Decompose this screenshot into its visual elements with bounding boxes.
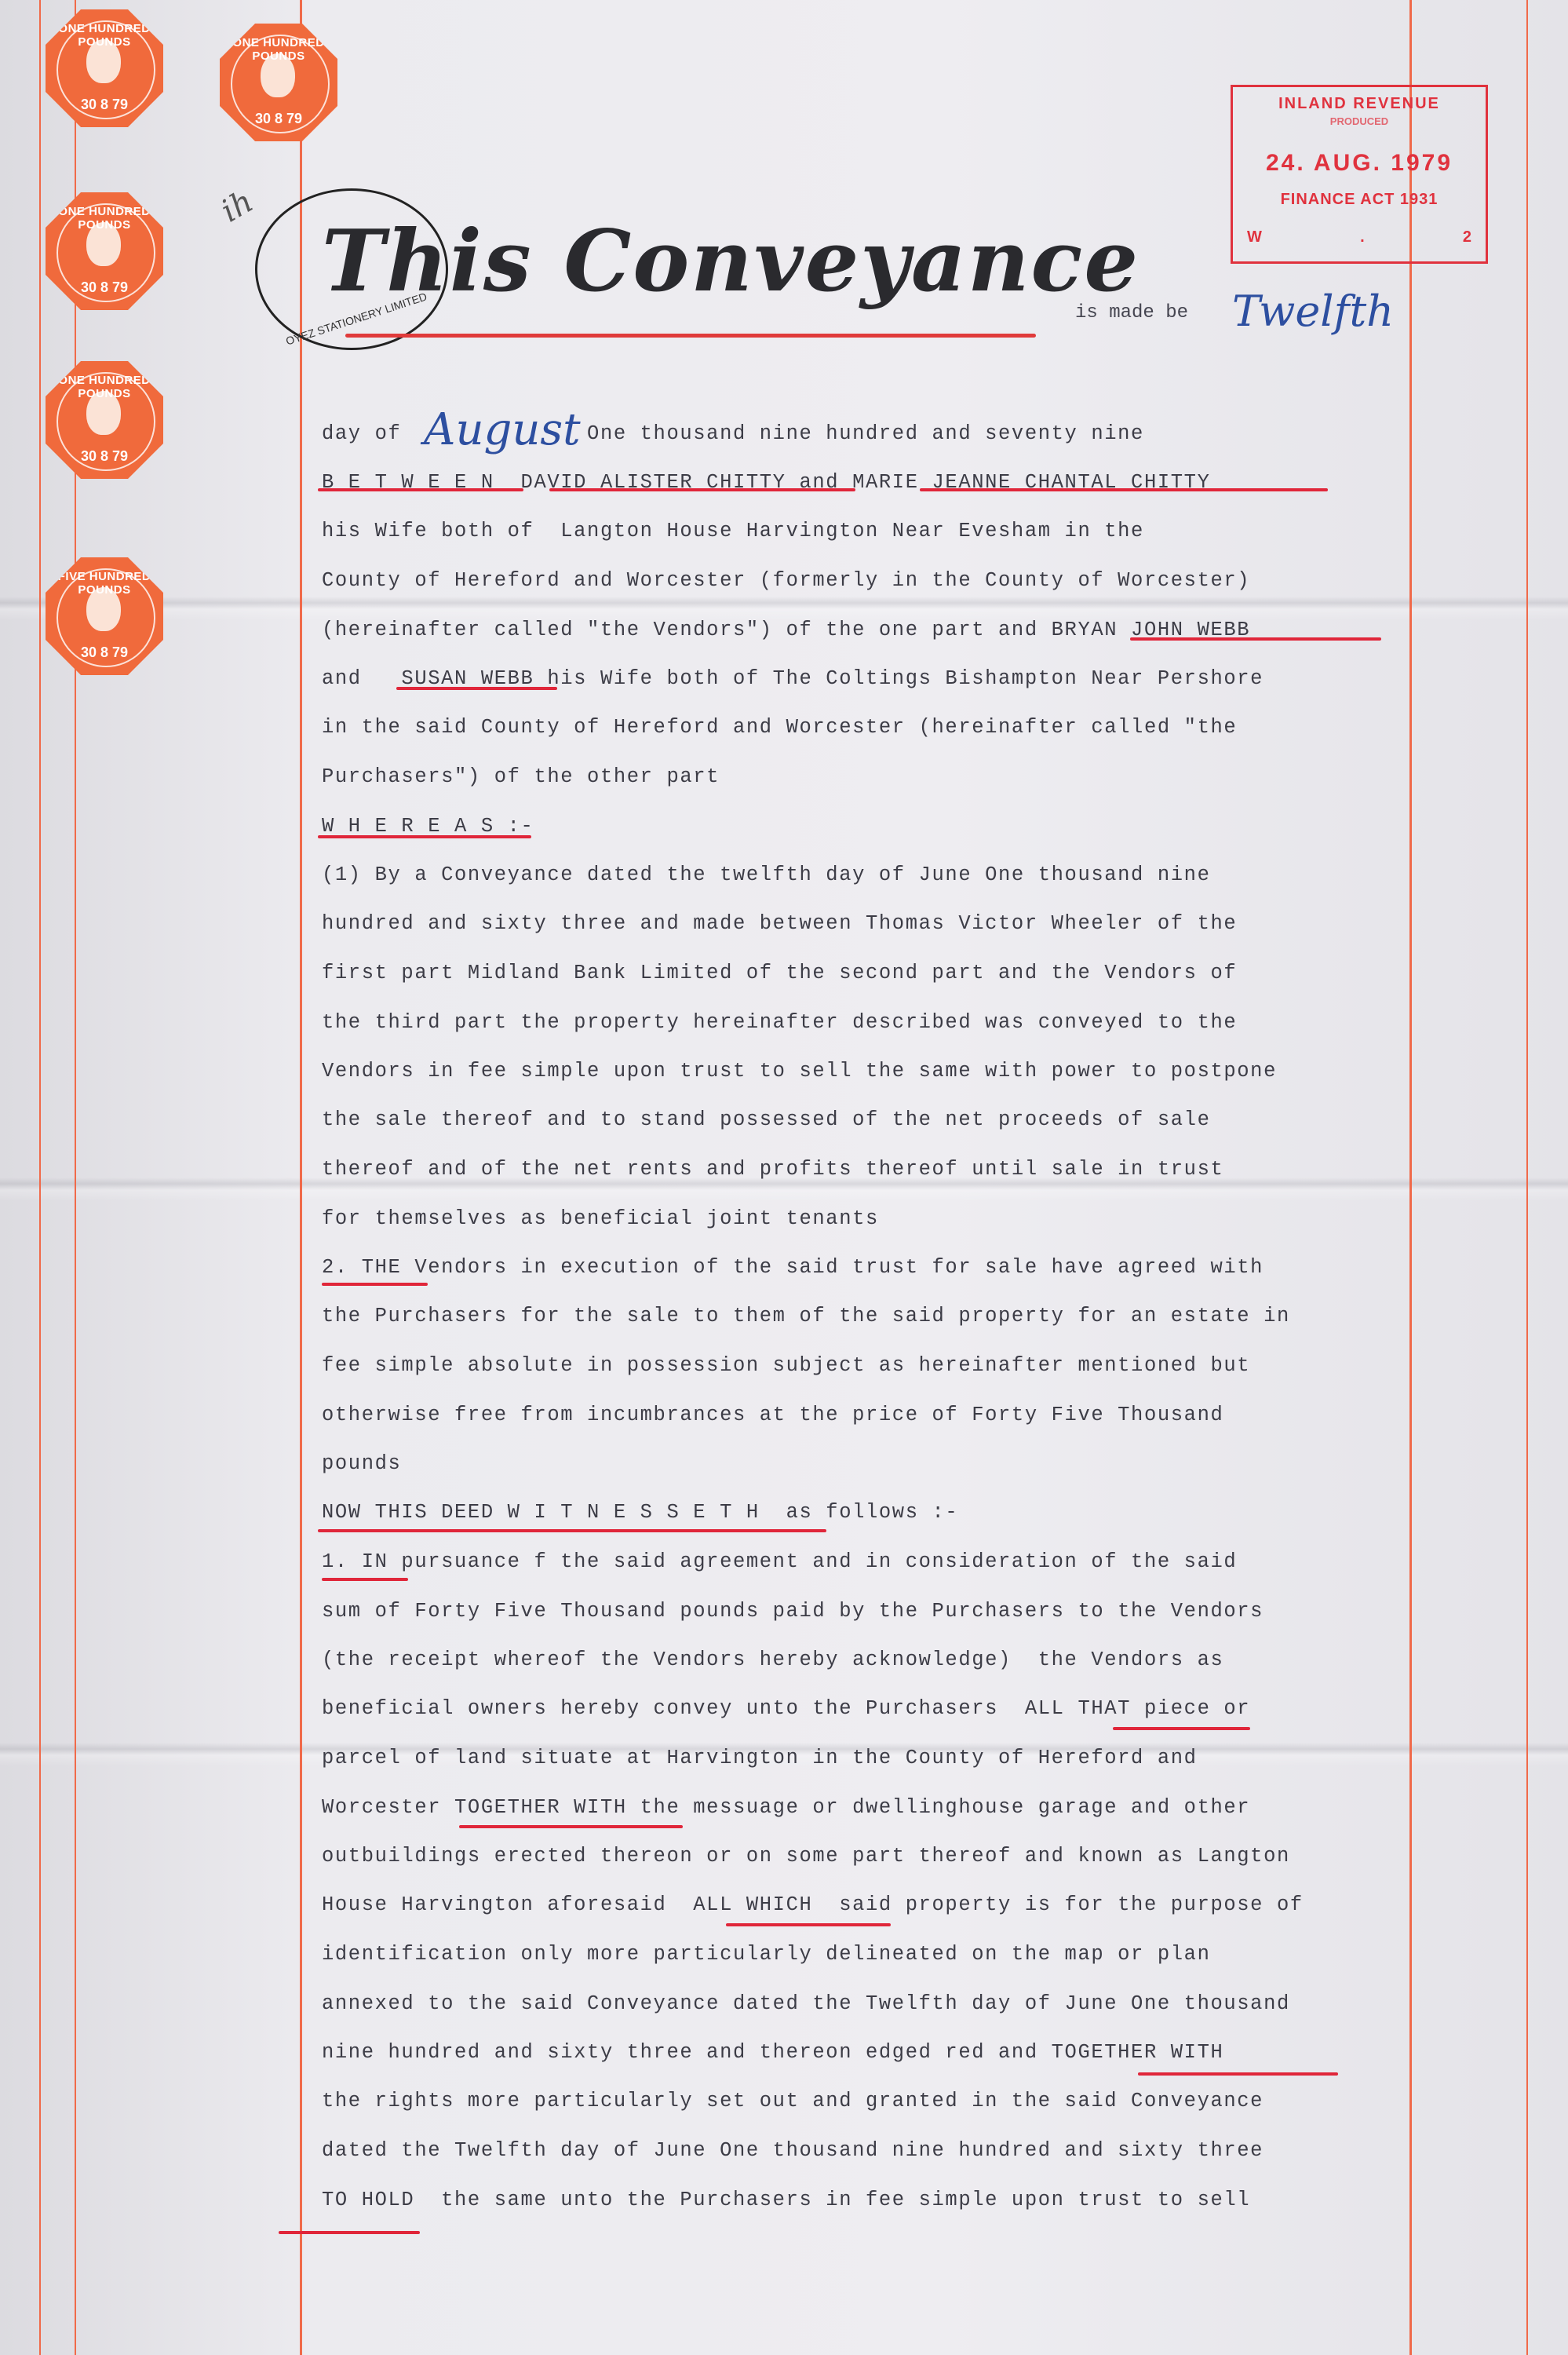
deed-line: hundred and sixty three and made between… <box>322 912 1237 935</box>
deed-line: for themselves as beneficial joint tenan… <box>322 1207 879 1230</box>
underline-purchaser1 <box>1130 637 1381 641</box>
underline-vendor1 <box>549 488 855 491</box>
deed-line: House Harvington aforesaid ALL WHICH sai… <box>322 1893 1304 1916</box>
revenue-ref-mid: . <box>1360 228 1365 246</box>
deed-line: nine hundred and sixty three and thereon… <box>322 2041 1223 2064</box>
revenue-act: FINANCE ACT 1931 <box>1233 191 1486 209</box>
duty-stamp: ONE HUNDRED POUNDS 30 8 79 <box>46 9 163 127</box>
underline-all-that <box>1113 1727 1250 1730</box>
deed-line: day of One thousand nine hundred and sev… <box>322 422 1144 445</box>
deed-line: (1) By a Conveyance dated the twelfth da… <box>322 863 1210 886</box>
made-be-text: is made be <box>1075 302 1188 323</box>
deed-line: identification only more particularly de… <box>322 1943 1210 1966</box>
margin-rule <box>300 0 302 2355</box>
deed-line: TO HOLD the same unto the Purchasers in … <box>322 2189 1250 2211</box>
deed-line: County of Hereford and Worcester (former… <box>322 569 1250 592</box>
deed-line: fee simple absolute in possession subjec… <box>322 1354 1250 1377</box>
deed-line: 2. THE Vendors in execution of the said … <box>322 1256 1264 1279</box>
deed-line: his Wife both of Langton House Harvingto… <box>322 520 1144 542</box>
deed-line: Vendors in fee simple upon trust to sell… <box>322 1060 1277 1083</box>
deed-line: outbuildings erected thereon or on some … <box>322 1845 1290 1868</box>
underline-in <box>322 1578 408 1581</box>
deed-line: parcel of land situate at Harvington in … <box>322 1747 1198 1769</box>
duty-stamp: ONE HUNDRED POUNDS 30 8 79 <box>46 361 163 479</box>
margin-rule <box>1409 0 1412 2355</box>
deed-line: NOW THIS DEED W I T N E S S E T H as fol… <box>322 1501 958 1524</box>
deed-line: otherwise free from incumbrances at the … <box>322 1404 1223 1426</box>
revenue-ref-left: W <box>1247 228 1262 246</box>
revenue-label: INLAND REVENUE <box>1233 95 1486 113</box>
deed-line: the sale thereof and to stand possessed … <box>322 1108 1210 1131</box>
underline-between <box>318 488 523 491</box>
revenue-produced: PRODUCED <box>1233 115 1486 127</box>
deed-line: the third part the property hereinafter … <box>322 1011 1237 1034</box>
underline-to-hold <box>279 2231 420 2234</box>
deed-line: in the said County of Hereford and Worce… <box>322 716 1237 739</box>
deed-line: beneficial owners hereby convey unto the… <box>322 1697 1250 1720</box>
handwritten-day: Twelfth <box>1232 287 1394 336</box>
deed-line: W H E R E A S :- <box>322 815 534 838</box>
deed-line: thereof and of the net rents and profits… <box>322 1158 1223 1181</box>
deed-line: annexed to the said Conveyance dated the… <box>322 1992 1290 2015</box>
deed-line: sum of Forty Five Thousand pounds paid b… <box>322 1600 1264 1623</box>
underline-together-with-2 <box>1138 2072 1338 2076</box>
title-underline <box>345 334 1036 338</box>
margin-rule <box>39 0 41 2355</box>
inland-revenue-stamp: INLAND REVENUE PRODUCED 24. AUG. 1979 FI… <box>1231 85 1488 264</box>
underline-all-which <box>726 1923 891 1926</box>
deed-line: (hereinafter called "the Vendors") of th… <box>322 619 1250 641</box>
deed-line: Purchasers") of the other part <box>322 765 720 788</box>
revenue-date: 24. AUG. 1979 <box>1233 150 1486 177</box>
underline-vendor2 <box>920 488 1328 491</box>
margin-rule <box>75 0 76 2355</box>
deed-line: the rights more particularly set out and… <box>322 2090 1264 2112</box>
revenue-ref-right: 2 <box>1463 228 1471 246</box>
deed-line: 1. IN pursuance f the said agreement and… <box>322 1550 1237 1573</box>
duty-stamp: ONE HUNDRED POUNDS 30 8 79 <box>46 192 163 310</box>
deed-line: dated the Twelfth day of June One thousa… <box>322 2139 1264 2162</box>
underline-together-with-1 <box>459 1825 683 1828</box>
underline-purchaser2 <box>396 687 557 690</box>
underline-the <box>322 1283 428 1286</box>
duty-stamp: ONE HUNDRED POUNDS 30 8 79 <box>220 24 337 141</box>
deed-line: the Purchasers for the sale to them of t… <box>322 1305 1290 1327</box>
underline-witnesseth <box>318 1529 826 1532</box>
deed-line: first part Midland Bank Limited of the s… <box>322 962 1237 984</box>
deed-line: Worcester TOGETHER WITH the messuage or … <box>322 1796 1250 1819</box>
deed-line: (the receipt whereof the Vendors hereby … <box>322 1648 1223 1671</box>
margin-rule <box>1526 0 1528 2355</box>
underline-whereas <box>318 835 531 838</box>
revenue-ref: W . 2 <box>1233 228 1486 246</box>
deed-line: pounds <box>322 1452 401 1475</box>
document-title: This Conveyance <box>322 212 1140 311</box>
duty-stamp: FIVE HUNDRED POUNDS 30 8 79 <box>46 557 163 675</box>
